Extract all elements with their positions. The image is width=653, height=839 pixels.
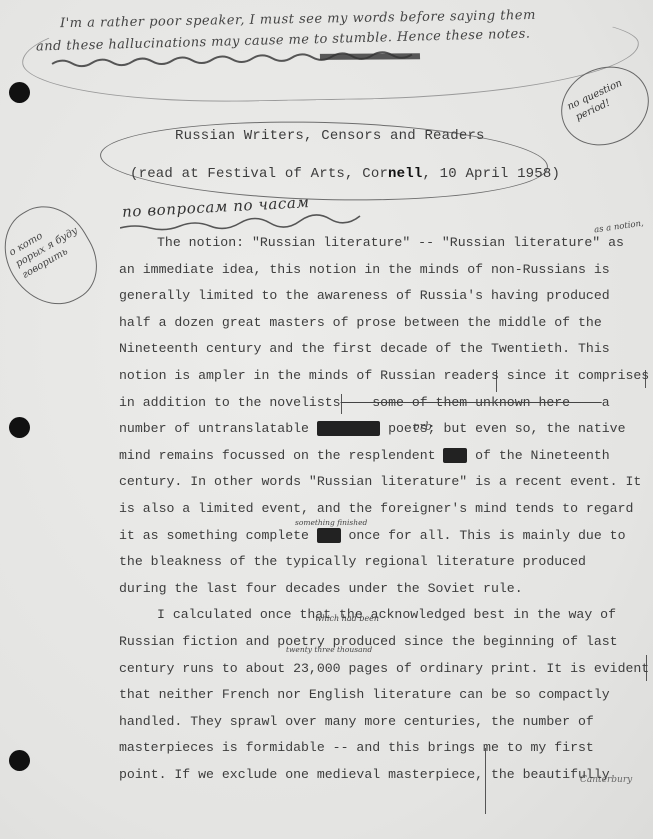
body-line: century runs to about 23,000 pages of or… xyxy=(119,656,649,683)
punch-hole xyxy=(9,417,30,438)
blotted-word: arc xyxy=(443,448,467,463)
blotted-word: and xyxy=(317,528,341,543)
body-line: half a dozen great masters of prose betw… xyxy=(119,310,649,337)
body-line: masterpieces is formidable -- and this b… xyxy=(119,735,649,762)
punch-hole xyxy=(9,750,30,771)
body-line: Nineteenth century and the first decade … xyxy=(119,336,649,363)
body-line: The notion: "Russian literature" -- "Rus… xyxy=(119,230,649,257)
body-line: Russian fiction and poetry produced sinc… xyxy=(119,629,649,656)
body-line: number of untranslatable splendid poets;… xyxy=(119,416,649,443)
body-line: that neither French nor English literatu… xyxy=(119,682,649,709)
body-line: I calculated once that the acknowledged … xyxy=(119,602,649,629)
typed-body: The notion: "Russian literature" -- "Rus… xyxy=(119,230,649,788)
body-line: an immediate idea, this notion in the mi… xyxy=(119,257,649,284)
body-line: is also a limited event, and the foreign… xyxy=(119,496,649,523)
body-line: mind remains focussed on the resplendent… xyxy=(119,443,649,470)
body-line: during the last four decades under the S… xyxy=(119,576,649,603)
body-line: in addition to the novelists -- some of … xyxy=(119,390,649,417)
document-title: Russian Writers, Censors and Readers xyxy=(175,128,485,144)
body-line: the bleakness of the typically regional … xyxy=(119,549,649,576)
body-line: handled. They sprawl over many more cent… xyxy=(119,709,649,736)
body-line: notion is ampler in the minds of Russian… xyxy=(119,363,649,390)
body-line: point. If we exclude one medieval master… xyxy=(119,762,649,789)
body-line: generally limited to the awareness of Ru… xyxy=(119,283,649,310)
struck-phrase: -- some of them unknown here -- xyxy=(341,395,602,410)
document-subtitle: (read at Festival of Arts, Cornell, 10 A… xyxy=(130,166,560,182)
punch-hole xyxy=(9,82,30,103)
document-page: I'm a rather poor speaker, I must see my… xyxy=(0,0,653,839)
blotted-word: splendid xyxy=(317,421,380,436)
body-line: century. In other words "Russian literat… xyxy=(119,469,649,496)
body-line: it as something complete and once for al… xyxy=(119,523,649,550)
